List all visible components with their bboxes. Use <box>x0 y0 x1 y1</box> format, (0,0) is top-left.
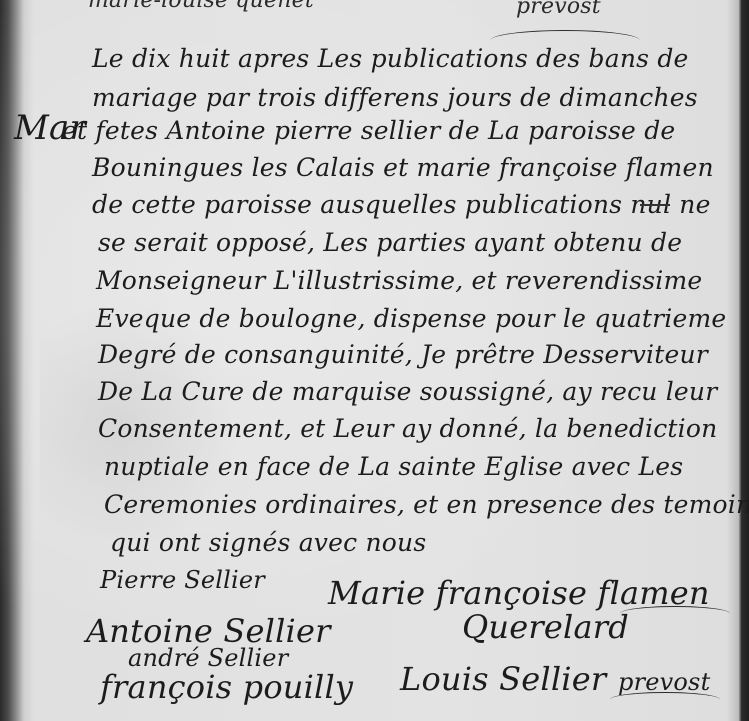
signature-pierre-sellier: Pierre Sellier <box>100 566 265 594</box>
top-signature-left: marie-louise quenet <box>88 0 314 13</box>
signature-flourish <box>620 606 730 621</box>
body-line-14: qui ont signés avec nous <box>110 528 426 557</box>
top-signature-right: prevost <box>516 0 601 19</box>
body-line-13: Ceremonies ordinaires, et en presence de… <box>104 490 749 519</box>
body-line-6: se serait opposé, Les parties ayant obte… <box>98 228 682 257</box>
body-line-8: Eveque de boulogne, dispense pour le qua… <box>96 304 726 333</box>
body-line-10: De La Cure de marquise soussigné, ay rec… <box>98 377 717 406</box>
signature-francois-pouilly: françois pouilly <box>100 668 353 706</box>
body-line-9: Degré de consanguinité, Je prêtre Desser… <box>98 340 708 369</box>
signature-louis-sellier: Louis Sellier <box>400 660 606 698</box>
body-line-3: et fetes Antoine pierre sellier de La pa… <box>62 116 675 145</box>
body-line-7: Monseigneur L'illustrissime, et reverend… <box>96 266 702 295</box>
body-line-5: de cette paroisse ausquelles publication… <box>92 190 711 219</box>
body-line-11: Consentement, et Leur ay donné, la bened… <box>98 414 717 443</box>
register-page: marie-louise quenet prevost Mar Le dix h… <box>0 0 749 721</box>
body-line-12: nuptiale en face de La sainte Eglise ave… <box>104 452 683 481</box>
signature-querelard: Querelard <box>462 608 629 646</box>
body-line-2: mariage par trois differens jours de dim… <box>92 83 698 112</box>
body-line-4: Bouningues les Calais et marie françoise… <box>92 153 714 182</box>
line-filler-dash <box>640 204 670 206</box>
body-line-1: Le dix huit apres Les publications des b… <box>92 44 689 73</box>
signature-flourish <box>610 692 720 707</box>
